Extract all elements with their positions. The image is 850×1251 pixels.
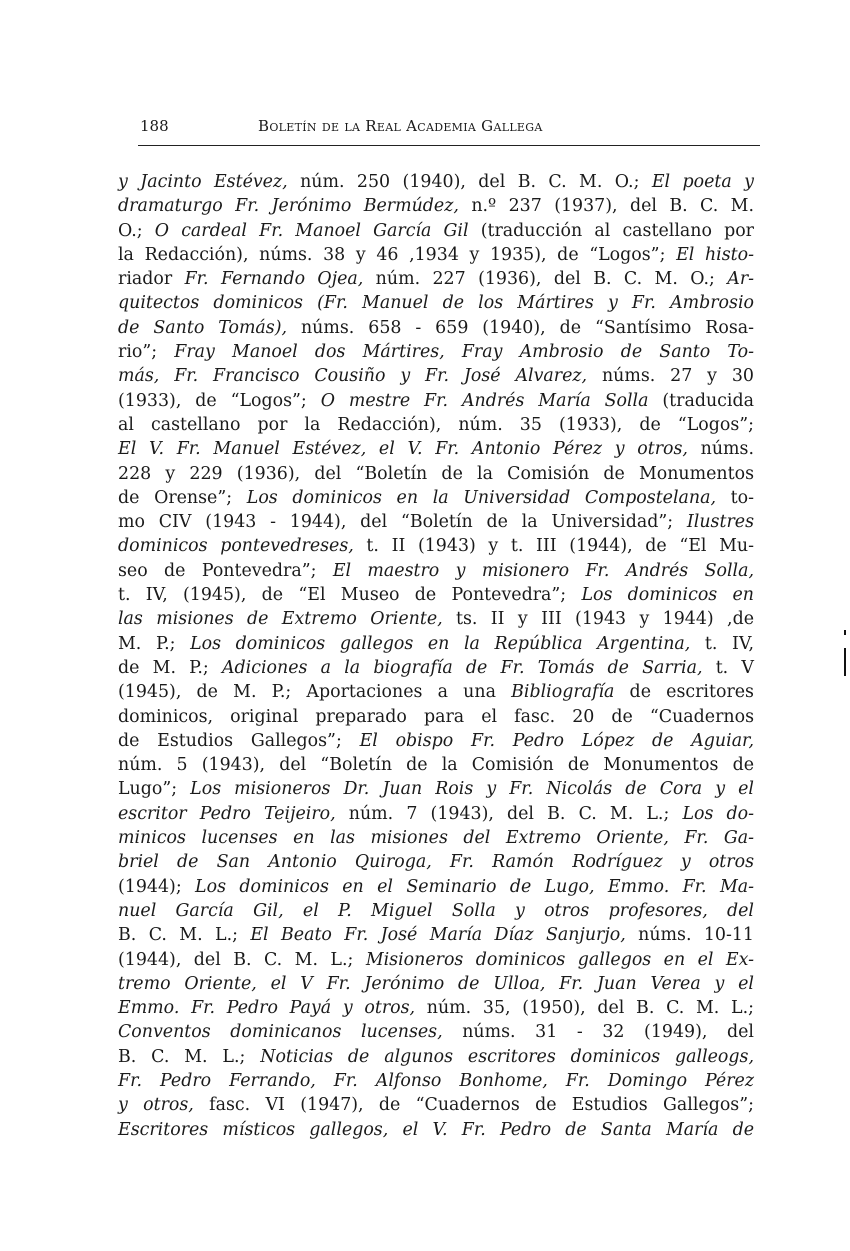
text-run: (1945), de M. P.; Aportaciones a una (118, 682, 511, 702)
text-run: dominicos, original preparado para el fa… (118, 707, 754, 727)
italic-title: Bibliografía (511, 682, 614, 702)
italic-title: quitectos dominicos (Fr. Manuel de los M… (118, 293, 754, 313)
italic-title: El poeta y (652, 172, 754, 192)
text-run: de escritores (614, 682, 754, 702)
italic-title: y otros, (118, 1095, 194, 1115)
text-line: de Orense”; Los dominicos en la Universi… (118, 486, 754, 510)
italic-title: Conventos dominicanos lucenses, (118, 1022, 443, 1042)
italic-title: de Santo Tomás), (118, 318, 287, 338)
italic-title: Los dominicos en el Seminario de Lugo, E… (195, 877, 754, 897)
text-line: de Santo Tomás), núms. 658 - 659 (1940),… (118, 316, 754, 340)
text-run: mo CIV (1943 - 1944), del “Boletín de la… (118, 512, 687, 532)
text-run: riador (118, 269, 185, 289)
italic-title: Los misioneros Dr. Juan Rois y Fr. Nicol… (190, 779, 754, 799)
italic-title: El V. Fr. Manuel Estévez, el V. Fr. Anto… (118, 439, 688, 459)
text-run: (1944), del B. C. M. L.; (118, 950, 366, 970)
italic-title: Ilustres (687, 512, 754, 532)
italic-title: las misiones de Extremo Oriente, (118, 609, 443, 629)
text-run: núm. 7 (1943), del B. C. M. L.; (336, 804, 683, 824)
text-line: O.; O cardeal Fr. Manoel García Gil (tra… (118, 219, 754, 243)
text-run: B. C. M. L.; (118, 1047, 260, 1067)
text-line: tremo Oriente, el V Fr. Jerónimo de Ullo… (118, 972, 754, 996)
document-page: 188 Boletín de la Real Academia Gallega … (118, 112, 754, 140)
italic-title: Los do- (682, 804, 754, 824)
text-run: t. V (702, 658, 754, 678)
text-line: Emmo. Fr. Pedro Payá y otros, núm. 35, (… (118, 996, 754, 1020)
text-run: (traducida (648, 391, 754, 411)
italic-title: Misioneros dominicos gallegos en el Ex- (366, 950, 754, 970)
text-run: de Orense”; (118, 488, 247, 508)
text-run: Lugo”; (118, 779, 190, 799)
text-line: 228 y 229 (1936), del “Boletín de la Com… (118, 462, 754, 486)
text-line: la Redacción), núms. 38 y 46 ,1934 y 193… (118, 243, 754, 267)
page-header: 188 Boletín de la Real Academia Gallega (118, 112, 754, 140)
text-line: riador Fr. Fernando Ojea, núm. 227 (1936… (118, 267, 754, 291)
italic-title: El Beato Fr. José María Díaz Sanjurjo, (250, 925, 625, 945)
text-run: to- (716, 488, 754, 508)
text-run: t. II (1943) y t. III (1944), de “El Mu- (354, 536, 754, 556)
italic-title: escritor Pedro Teijeiro, (118, 804, 336, 824)
text-run: núms. 10-11 (626, 925, 754, 945)
text-line: núm. 5 (1943), del “Boletín de la Comisi… (118, 753, 754, 777)
margin-mark (844, 648, 846, 676)
text-run: fasc. VI (1947), de “Cuadernos de Estudi… (194, 1095, 754, 1115)
text-line: las misiones de Extremo Oriente, ts. II … (118, 607, 754, 631)
italic-title: Fr. Fernando Ojea, (185, 269, 364, 289)
text-line: escritor Pedro Teijeiro, núm. 7 (1943), … (118, 802, 754, 826)
italic-title: tremo Oriente, el V Fr. Jerónimo de Ullo… (118, 974, 754, 994)
text-line: dominicos pontevedreses, t. II (1943) y … (118, 534, 754, 558)
italic-title: Escritores místicos gallegos, el V. Fr. … (118, 1120, 754, 1140)
text-line: quitectos dominicos (Fr. Manuel de los M… (118, 291, 754, 315)
italic-title: O mestre Fr. Andrés María Solla (321, 391, 649, 411)
text-line: briel de San Antonio Quiroga, Fr. Ramón … (118, 850, 754, 874)
text-line: más, Fr. Francisco Cousiño y Fr. José Al… (118, 364, 754, 388)
text-run: núms. 658 - 659 (1940), de “Santísimo Ro… (287, 318, 754, 338)
text-run: (1933), de “Logos”; (118, 391, 321, 411)
running-title: Boletín de la Real Academia Gallega (258, 117, 543, 135)
text-run: núms. 31 - 32 (1949), del (443, 1022, 754, 1042)
text-line: Conventos dominicanos lucenses, núms. 31… (118, 1020, 754, 1044)
text-line: seo de Pontevedra”; El maestro y misione… (118, 559, 754, 583)
text-line: Fr. Pedro Ferrando, Fr. Alfonso Bonhome,… (118, 1069, 754, 1093)
text-line: M. P.; Los dominicos gallegos en la Repú… (118, 632, 754, 656)
text-run: ts. II y III (1943 y 1944) ,de (443, 609, 754, 629)
text-run: 228 y 229 (1936), del “Boletín de la Com… (118, 464, 754, 484)
italic-title: briel de San Antonio Quiroga, Fr. Ramón … (118, 852, 754, 872)
text-run: n.º 237 (1937), del B. C. M. (459, 196, 754, 216)
text-run: M. P.; (118, 634, 190, 654)
text-line: (1933), de “Logos”; O mestre Fr. Andrés … (118, 389, 754, 413)
italic-title: Fray Manoel dos Mártires, Fray Ambrosio … (174, 342, 754, 362)
text-run: de M. P.; (118, 658, 222, 678)
italic-title: Adiciones a la biografía de Fr. Tomás de… (222, 658, 703, 678)
text-line: dramaturgo Fr. Jerónimo Bermúdez, n.º 23… (118, 194, 754, 218)
text-line: de M. P.; Adiciones a la biografía de Fr… (118, 656, 754, 680)
page-number: 188 (140, 117, 169, 135)
text-run: núm. 227 (1936), del B. C. M. O.; (363, 269, 727, 289)
margin-mark (844, 630, 846, 635)
text-line: B. C. M. L.; El Beato Fr. José María Día… (118, 923, 754, 947)
text-line: dominicos, original preparado para el fa… (118, 705, 754, 729)
text-run: núm. 5 (1943), del “Boletín de la Comisi… (118, 755, 754, 775)
body-text: y Jacinto Estévez, núm. 250 (1940), del … (118, 170, 754, 1142)
italic-title: Los dominicos en (581, 585, 754, 605)
text-run: seo de Pontevedra”; (118, 561, 333, 581)
text-run: t. IV, (690, 634, 754, 654)
text-line: rio”; Fray Manoel dos Mártires, Fray Amb… (118, 340, 754, 364)
italic-title: Los dominicos en la Universidad Composte… (247, 488, 716, 508)
text-run: núm. 250 (1940), del B. C. M. O.; (288, 172, 652, 192)
text-line: nuel García Gil, el P. Miguel Solla y ot… (118, 899, 754, 923)
italic-title: El obispo Fr. Pedro López de Aguiar, (360, 731, 754, 751)
italic-title: dominicos pontevedreses, (118, 536, 354, 556)
text-run: núm. 35, (1950), del B. C. M. L.; (415, 998, 754, 1018)
text-run: núms. 27 y 30 (587, 366, 754, 386)
text-run: (1944); (118, 877, 195, 897)
text-line: t. IV, (1945), de “El Museo de Pontevedr… (118, 583, 754, 607)
text-run: (traducción al castellano por (469, 221, 754, 241)
text-run: B. C. M. L.; (118, 925, 250, 945)
text-run: al castellano por la Redacción), núm. 35… (118, 415, 754, 435)
text-run: rio”; (118, 342, 174, 362)
text-line: minicos lucenses en las misiones del Ext… (118, 826, 754, 850)
italic-title: y Jacinto Estévez, (118, 172, 288, 192)
text-line: y Jacinto Estévez, núm. 250 (1940), del … (118, 170, 754, 194)
text-line: de Estudios Gallegos”; El obispo Fr. Ped… (118, 729, 754, 753)
text-run: de Estudios Gallegos”; (118, 731, 360, 751)
text-line: Escritores místicos gallegos, el V. Fr. … (118, 1118, 754, 1142)
italic-title: minicos lucenses en las misiones del Ext… (118, 828, 754, 848)
text-line: (1945), de M. P.; Aportaciones a una Bib… (118, 680, 754, 704)
text-line: Lugo”; Los misioneros Dr. Juan Rois y Fr… (118, 777, 754, 801)
text-run: t. IV, (1945), de “El Museo de Pontevedr… (118, 585, 581, 605)
text-run: la Redacción), núms. 38 y 46 ,1934 y 193… (118, 245, 676, 265)
text-line: al castellano por la Redacción), núm. 35… (118, 413, 754, 437)
text-line: (1944); Los dominicos en el Seminario de… (118, 875, 754, 899)
italic-title: Emmo. Fr. Pedro Payá y otros, (118, 998, 415, 1018)
header-rule (138, 145, 760, 146)
italic-title: Noticias de algunos escritores dominicos… (260, 1047, 754, 1067)
italic-title: Ar- (727, 269, 754, 289)
text-line: El V. Fr. Manuel Estévez, el V. Fr. Anto… (118, 437, 754, 461)
italic-title: más, Fr. Francisco Cousiño y Fr. José Al… (118, 366, 587, 386)
italic-title: nuel García Gil, el P. Miguel Solla y ot… (118, 901, 754, 921)
text-run: núms. (688, 439, 754, 459)
text-line: mo CIV (1943 - 1944), del “Boletín de la… (118, 510, 754, 534)
text-line: B. C. M. L.; Noticias de algunos escrito… (118, 1045, 754, 1069)
italic-title: dramaturgo Fr. Jerónimo Bermúdez, (118, 196, 459, 216)
italic-title: El histo- (676, 245, 754, 265)
italic-title: Fr. Pedro Ferrando, Fr. Alfonso Bonhome,… (118, 1071, 754, 1091)
text-line: (1944), del B. C. M. L.; Misioneros domi… (118, 948, 754, 972)
italic-title: El maestro y misionero Fr. Andrés Solla, (333, 561, 754, 581)
text-run: O.; (118, 221, 155, 241)
italic-title: O cardeal Fr. Manoel García Gil (155, 221, 469, 241)
italic-title: Los dominicos gallegos en la República A… (190, 634, 690, 654)
text-line: y otros, fasc. VI (1947), de “Cuadernos … (118, 1093, 754, 1117)
